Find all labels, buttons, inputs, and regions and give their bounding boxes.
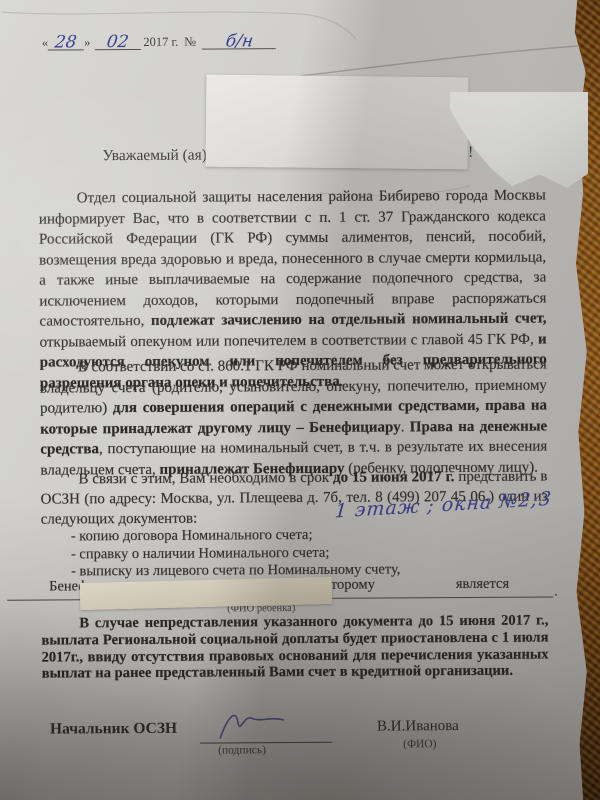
signature-scribble bbox=[214, 708, 294, 744]
date-line: « 28 » 02 2017 г. № б/н bbox=[42, 34, 276, 50]
quote-close: » bbox=[84, 35, 90, 50]
paragraph-nominal-account: В соответствии со ст. 860.1 ГК РФ номина… bbox=[40, 354, 548, 480]
name-cover-paper bbox=[206, 75, 469, 170]
paragraph-suspension-warning: В случае непредставления указанного доку… bbox=[41, 612, 548, 682]
line-end-period: . bbox=[554, 584, 558, 600]
year-label: 2017 г. bbox=[143, 35, 178, 50]
list-item: - копию договора Номинального счета; bbox=[71, 526, 400, 546]
beneficiary-word: является bbox=[456, 576, 509, 593]
date-day-handwritten: 28 bbox=[48, 35, 84, 50]
fio-caption: (ФИО) bbox=[403, 738, 436, 750]
number-sign: № bbox=[184, 35, 196, 50]
signer-title: Начальник ОСЗН bbox=[50, 720, 177, 739]
date-month-handwritten: 02 bbox=[94, 35, 140, 50]
signature-caption: (подпись) bbox=[218, 744, 266, 756]
signer-name: В.И.Иванова bbox=[377, 718, 459, 735]
list-item: - справку о наличии Номинального счета; bbox=[71, 544, 400, 564]
photo-of-letter: « 28 » 02 2017 г. № б/н Уважаемый (ая) О… bbox=[0, 0, 600, 800]
salutation-exclamation: ! bbox=[468, 144, 473, 162]
doc-number-handwritten: б/н bbox=[202, 34, 276, 49]
salutation-text: Уважаемый (ая) bbox=[102, 147, 207, 166]
